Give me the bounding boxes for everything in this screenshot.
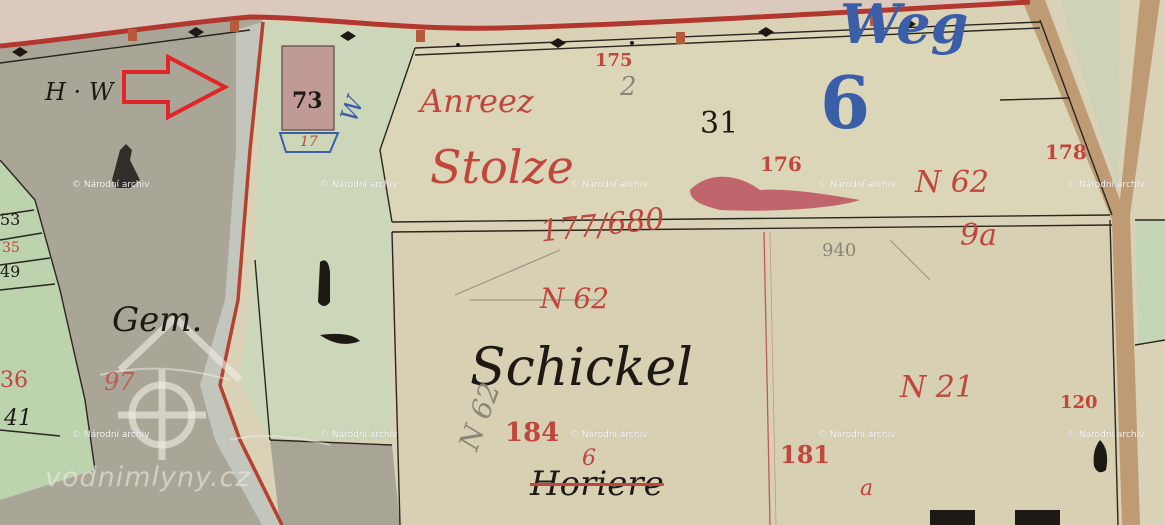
pencil-940: 940 <box>822 240 856 261</box>
parcel-181: 181 <box>780 440 830 469</box>
suffix-9a: 9a <box>960 218 997 253</box>
left-parcel-41: 41 <box>4 406 32 431</box>
archive-watermark: © Národní archiv <box>1067 430 1144 440</box>
house-21: N 21 <box>900 370 974 405</box>
label-hw: H · W <box>45 78 113 106</box>
archive-watermark: © Národní archiv <box>570 430 647 440</box>
owner-sub-name: Horiere <box>530 464 664 504</box>
blue-weg: Weg <box>840 0 968 56</box>
label-gem: Gem. <box>112 300 202 340</box>
archive-watermark: © Národní archiv <box>72 430 149 440</box>
parcel-178: 178 <box>1045 140 1087 164</box>
parcel-175: 175 <box>595 50 633 71</box>
archive-watermark: © Národní archiv <box>570 180 647 190</box>
label-2: 2 <box>620 72 637 102</box>
house-62-mid: N 62 <box>540 282 609 315</box>
left-parcel-49: 49 <box>0 262 20 281</box>
owner-name-line2: Stolze <box>430 140 574 194</box>
left-parcel-36: 36 <box>0 368 28 393</box>
archive-watermark: © Národní archiv <box>1067 180 1144 190</box>
cadastral-map: H · W 73 17 W 175 2 31 Anreez Stolze 176… <box>0 0 1165 525</box>
archive-watermark: © Národní archiv <box>320 180 397 190</box>
archive-watermark: © Národní archiv <box>818 180 895 190</box>
archive-watermark: © Národní archiv <box>320 430 397 440</box>
left-parcel-53: 53 <box>0 210 20 229</box>
parcel-181-sub: a <box>860 476 873 501</box>
parcel-176: 176 <box>760 152 802 176</box>
parcel-73-sub: 17 <box>300 134 318 150</box>
label-31: 31 <box>700 106 738 141</box>
parcel-184: 184 <box>505 418 559 448</box>
parcel-73-number: 73 <box>292 88 323 114</box>
archive-watermark: © Národní archiv <box>818 430 895 440</box>
owner-name-line1: Anreez <box>420 82 534 120</box>
archive-watermark: © Národní archiv <box>72 180 149 190</box>
parcel-97: 97 <box>104 368 135 396</box>
blue-number-6: 6 <box>820 60 870 145</box>
left-parcel-35: 35 <box>2 240 20 256</box>
parcel-120: 120 <box>1060 392 1098 413</box>
site-watermark: vodnimlyny.cz <box>45 462 251 493</box>
house-62-top: N 62 <box>915 165 989 200</box>
